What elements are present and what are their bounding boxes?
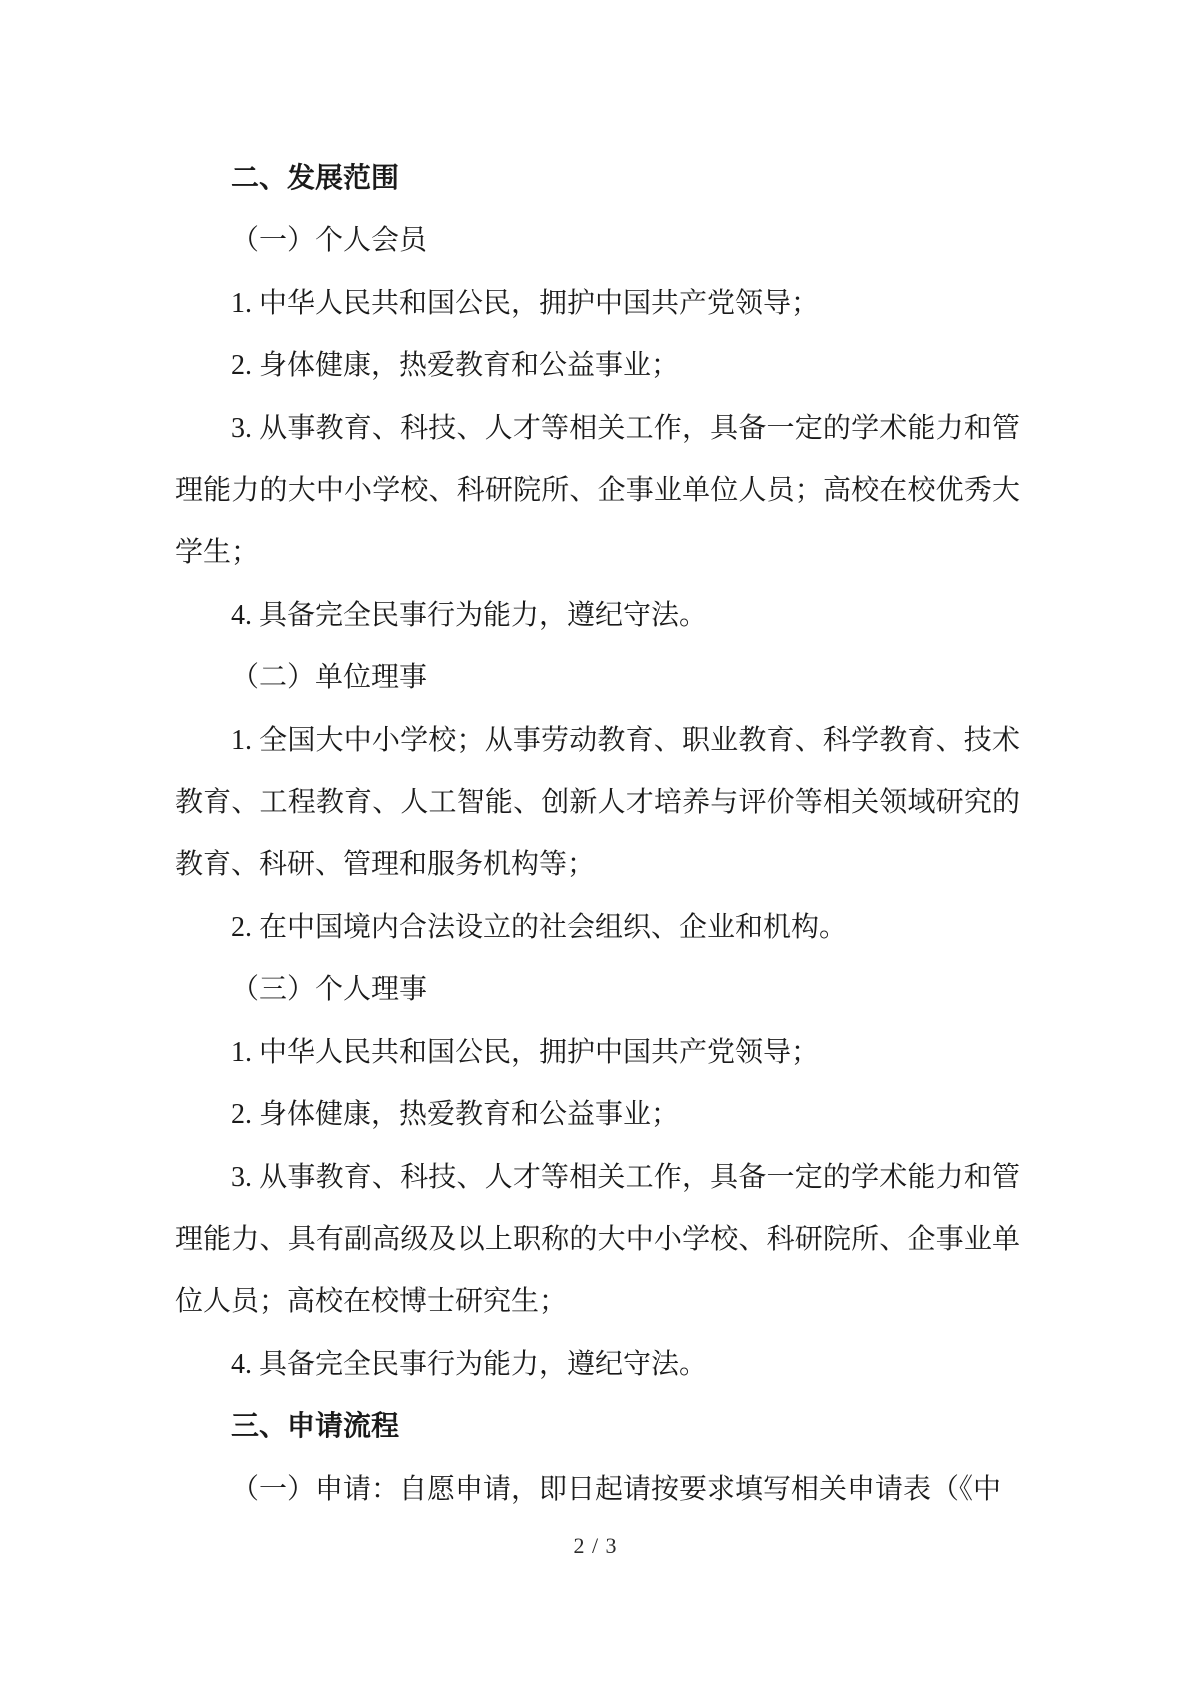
document-page: 二、发展范围（一）个人会员1. 中华人民共和国公民，拥护中国共产党领导；2. 身…	[0, 0, 1191, 1684]
paragraph: 1. 全国大中小学校；从事劳动教育、职业教育、科学教育、技术教育、工程教育、人工…	[175, 710, 1020, 897]
paragraph: 1. 中华人民共和国公民，拥护中国共产党领导；	[175, 273, 1020, 335]
document-content: 二、发展范围（一）个人会员1. 中华人民共和国公民，拥护中国共产党领导；2. 身…	[175, 148, 1020, 1521]
paragraph: 4. 具备完全民事行为能力，遵纪守法。	[175, 585, 1020, 647]
paragraph: 2. 身体健康，热爱教育和公益事业；	[175, 1084, 1020, 1146]
paragraph: 2. 在中国境内合法设立的社会组织、企业和机构。	[175, 897, 1020, 959]
paragraph: 1. 中华人民共和国公民，拥护中国共产党领导；	[175, 1022, 1020, 1084]
paragraph: 3. 从事教育、科技、人才等相关工作，具备一定的学术能力和管理能力的大中小学校、…	[175, 398, 1020, 585]
paragraph: （一）个人会员	[175, 210, 1020, 272]
page-footer: 2 / 3	[0, 1531, 1191, 1561]
page-number: 2 / 3	[573, 1533, 617, 1558]
paragraph: （三）个人理事	[175, 959, 1020, 1021]
section-heading: 三、申请流程	[175, 1396, 1020, 1458]
paragraph: （一）申请：自愿申请，即日起请按要求填写相关申请表（《中	[175, 1459, 1020, 1521]
paragraph: 2. 身体健康，热爱教育和公益事业；	[175, 335, 1020, 397]
paragraph: 4. 具备完全民事行为能力，遵纪守法。	[175, 1334, 1020, 1396]
section-heading: 二、发展范围	[175, 148, 1020, 210]
paragraph: （二）单位理事	[175, 647, 1020, 709]
paragraph: 3. 从事教育、科技、人才等相关工作，具备一定的学术能力和管理能力、具有副高级及…	[175, 1147, 1020, 1334]
